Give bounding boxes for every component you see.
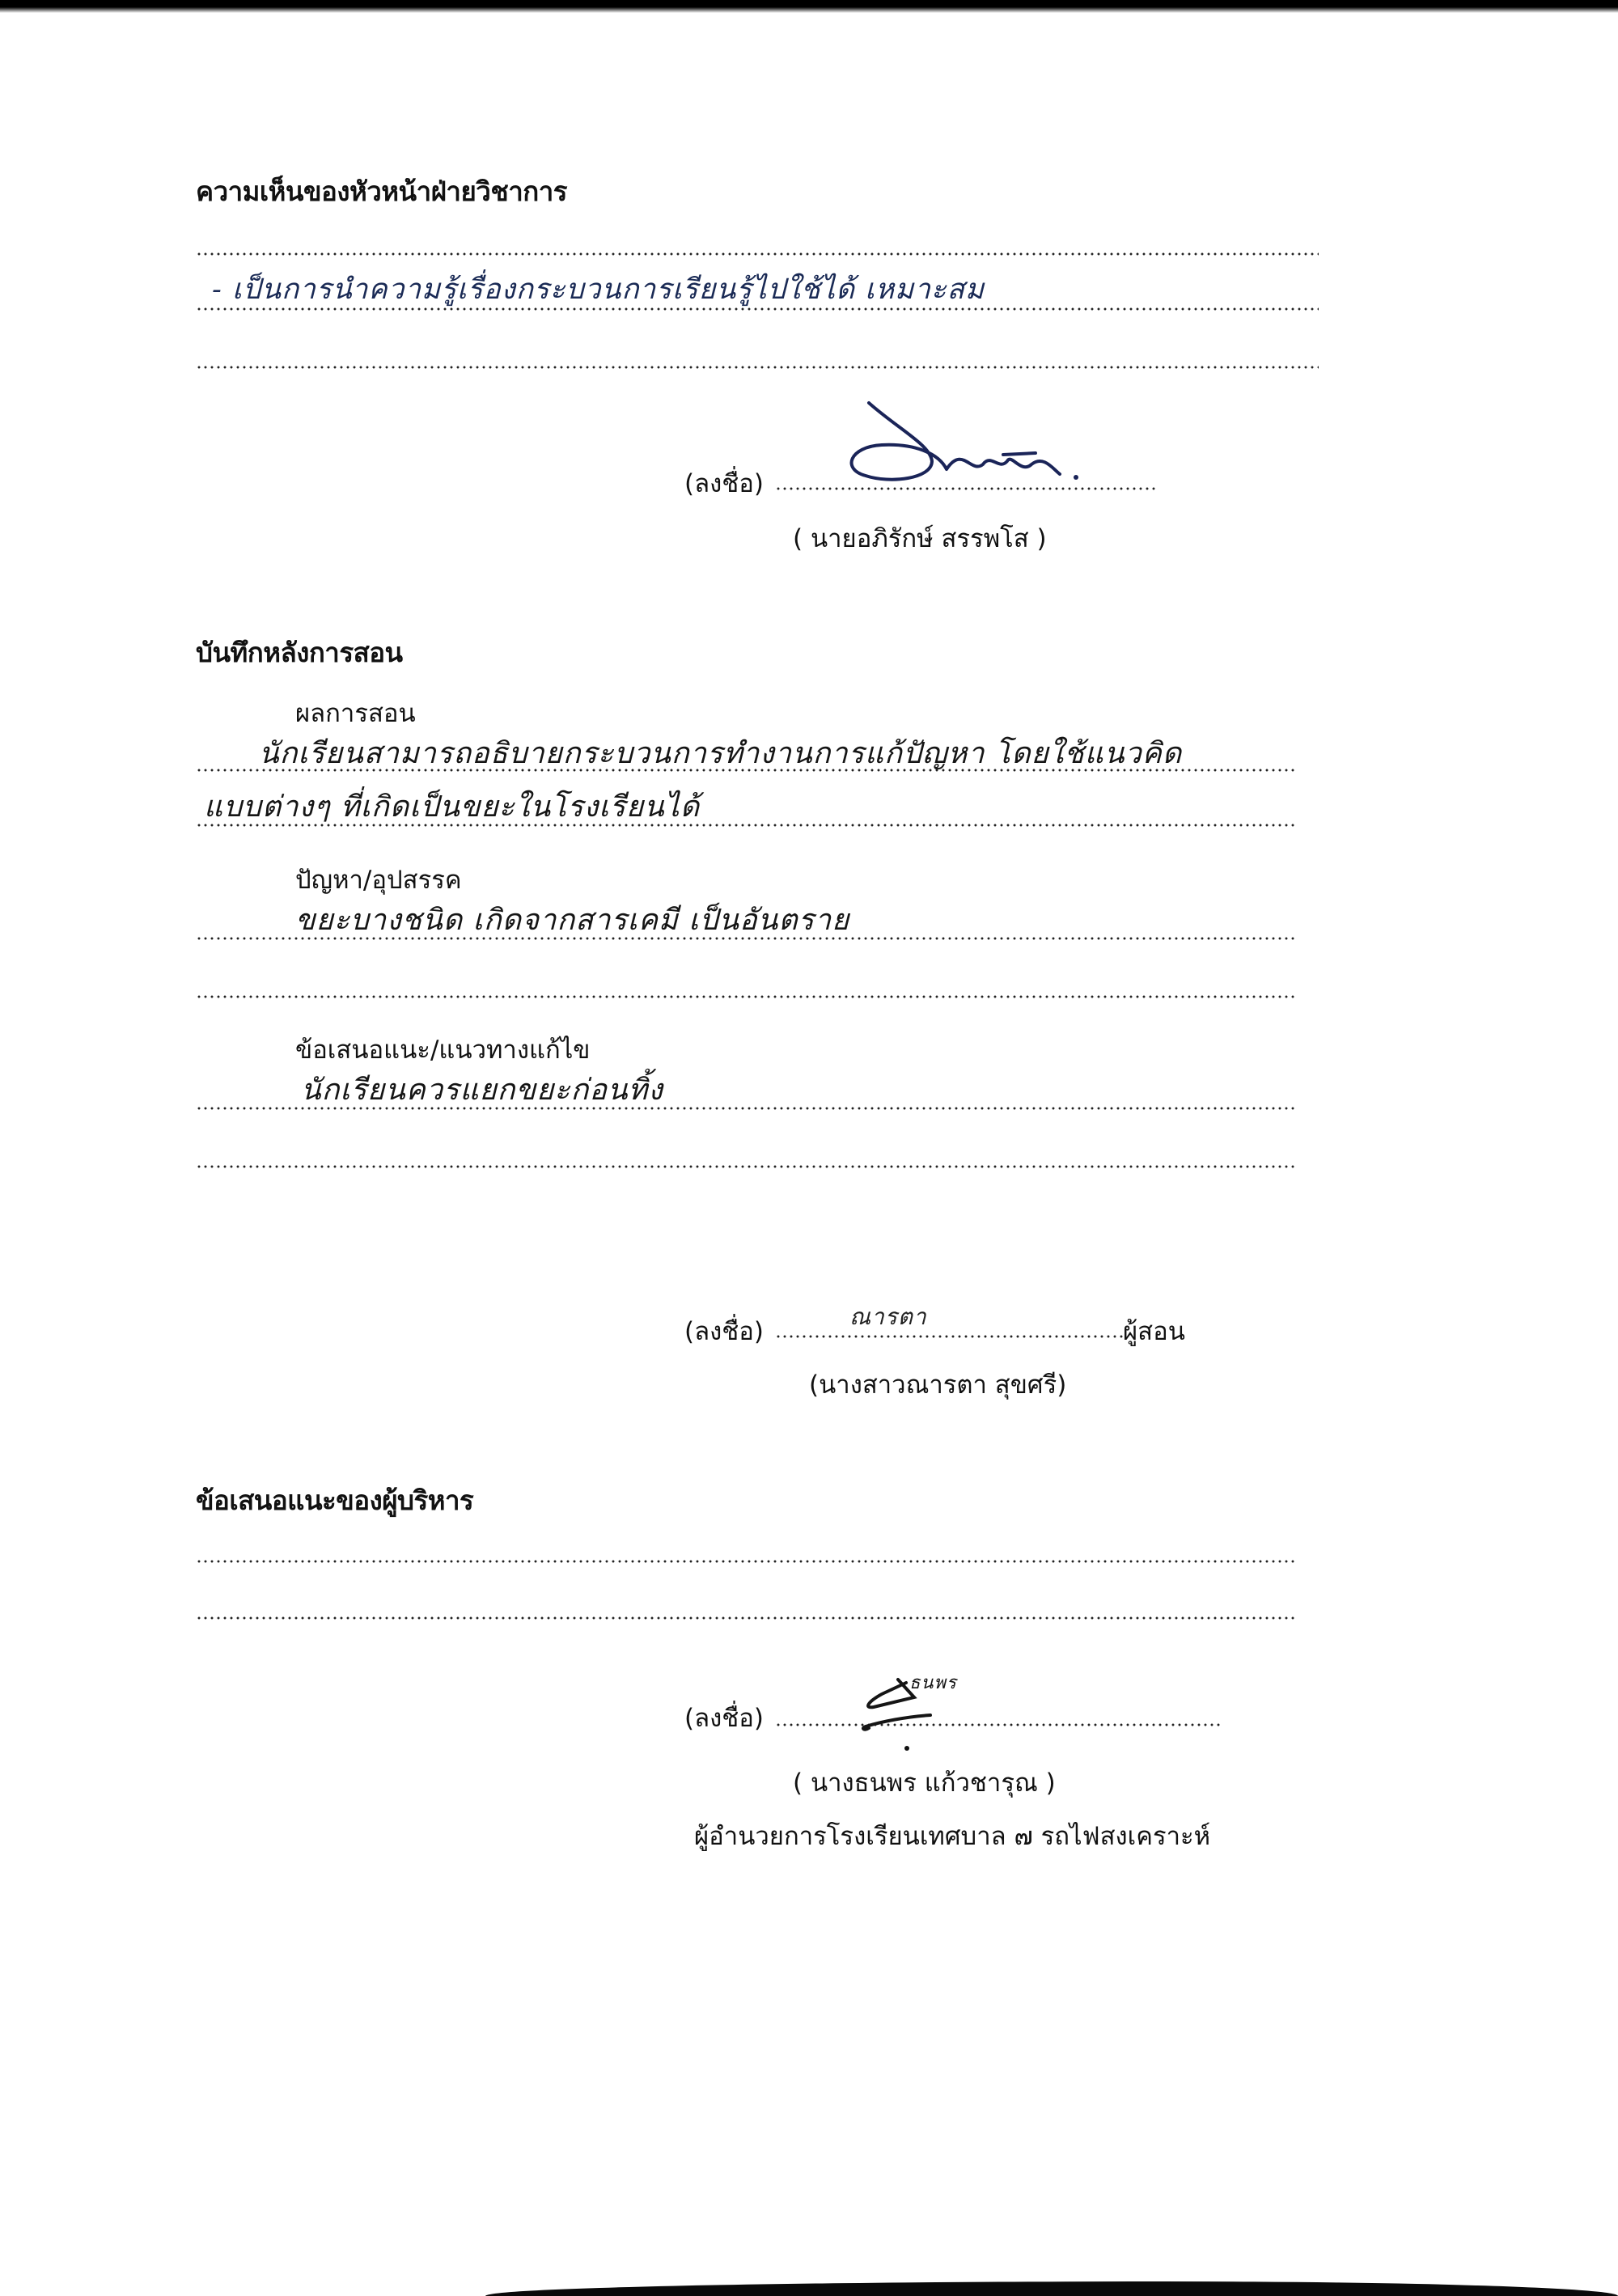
suggestions-line-1: นักเรียนควรแยกขยะก่อนทิ้ง: [301, 1066, 663, 1112]
signature-suffix: ผู้สอน: [1123, 1311, 1185, 1351]
dotted-line: [196, 307, 1319, 311]
teacher-handwritten-signature: ณารตา: [849, 1299, 927, 1335]
teacher-name: (นางสาวณารตา สุขศรี): [809, 1364, 1066, 1404]
suggestions-label: ข้อเสนอแนะ/แนวทางแก้ไข: [295, 1029, 591, 1070]
administrator-title: ข้อเสนอแนะของผู้บริหาร: [196, 1479, 473, 1522]
dotted-line: [196, 252, 1319, 256]
dotted-line: [196, 366, 1319, 369]
academic-head-title: ความเห็นของหัวหน้าฝ่ายวิชาการ: [196, 170, 567, 213]
results-line-2: แบบต่างๆ ที่เกิดเป็นขยะในโรงเรียนได้: [204, 783, 700, 829]
results-label: ผลการสอน: [295, 693, 416, 733]
signature-prefix: (ลงชื่อ): [684, 463, 764, 503]
dotted-line: [196, 769, 1298, 772]
academic-head-name: ( นายอภิรักษ์ สรรพโส ): [793, 518, 1047, 558]
dotted-line: [196, 1107, 1298, 1110]
administrator-name: ( นางธนพร แก้วชารุณ ): [793, 1762, 1056, 1802]
signature-mark-apirak: [841, 396, 1133, 494]
dotted-line: [196, 995, 1298, 998]
scan-edge-top: [0, 0, 1618, 13]
signature-prefix: (ลงชื่อ): [684, 1311, 764, 1351]
dotted-line: [196, 1165, 1298, 1168]
dotted-line: [196, 1560, 1298, 1563]
problems-line-1: ขยะบางชนิด เกิดจากสารเคมี เป็นอันตราย: [295, 896, 849, 943]
dotted-line: [196, 1616, 1298, 1620]
scan-edge-bottom: [485, 2281, 1618, 2296]
dotted-line: [196, 937, 1298, 940]
post-teaching-title: บันทึกหลังการสอน: [196, 631, 403, 674]
signature-dotted-line: [775, 1335, 1123, 1338]
administrator-handwritten-signature: ธนพร: [909, 1668, 957, 1697]
administrator-position: ผู้อำนวยการโรงเรียนเทศบาล ๗ รถไฟสงเคราะห…: [694, 1815, 1210, 1856]
academic-head-comment-line-1: - เป็นการนำความรู้เรื่องกระบวนการเรียนรู…: [212, 267, 985, 311]
dotted-line: [196, 824, 1298, 827]
signature-dot: [904, 1746, 909, 1751]
problems-label: ปัญหา/อุปสรรค: [295, 859, 462, 900]
signature-prefix: (ลงชื่อ): [684, 1697, 764, 1738]
